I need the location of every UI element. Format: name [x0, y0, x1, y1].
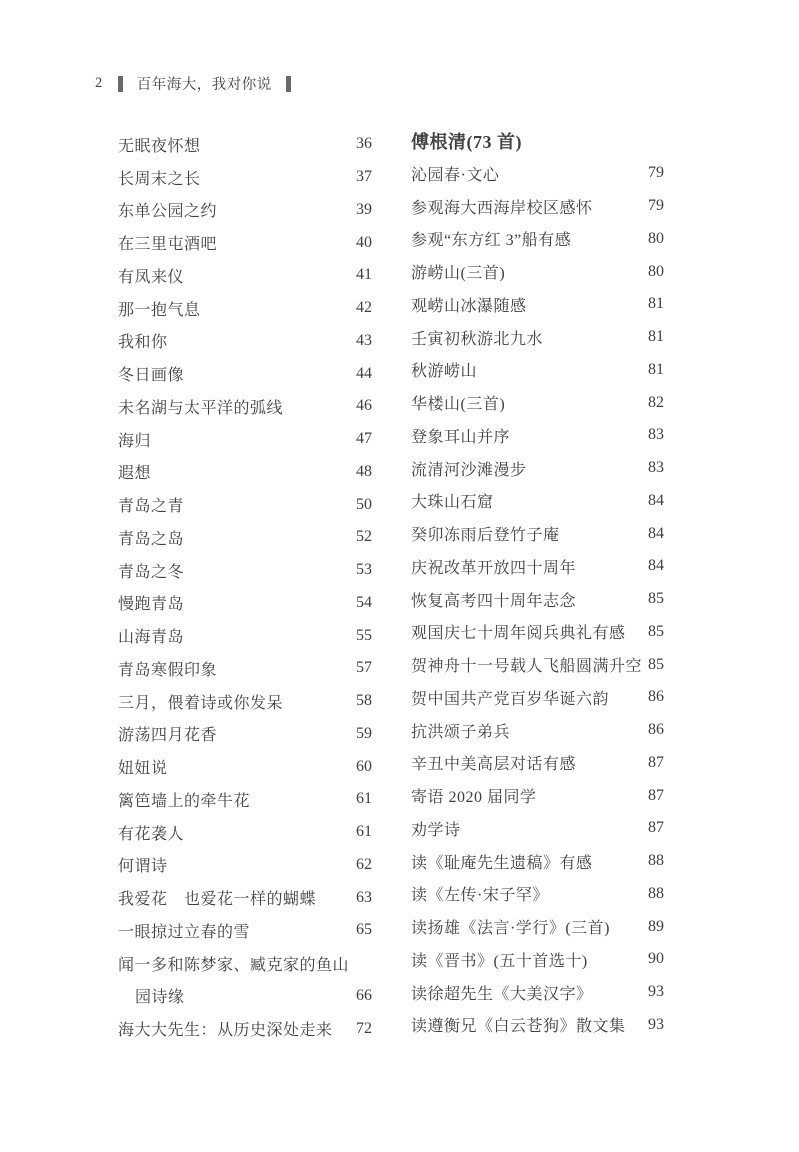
toc-entry-title: 三月，偎着诗或你发呆 [118, 690, 283, 713]
toc-entry-page-number: 81 [648, 295, 664, 313]
toc-entry-page-number: 66 [356, 987, 372, 1005]
toc-entry-title: 读《耻庵先生遗稿》有感 [411, 850, 593, 873]
toc-entry-page-number: 61 [356, 790, 372, 808]
toc-entry-page-number: 80 [648, 263, 664, 281]
toc-entry: 有凤来仪 41 [118, 259, 372, 292]
toc-entry-page-number: 88 [648, 852, 664, 870]
toc-entry-title: 贺神舟十一号载人飞船圆满升空 [411, 653, 642, 676]
toc-entry-title: 东单公园之约 [118, 198, 217, 221]
toc-entry-title: 流清河沙滩漫步 [411, 457, 527, 480]
book-toc-page: 2 百年海大，我对你说 无眠夜怀想 36 长周末之长 37 东单公园之约 39 … [0, 0, 799, 1152]
toc-entry: 海大大先生：从历史深处走来 72 [118, 1012, 372, 1045]
toc-entry: 观崂山冰瀑随感 81 [411, 288, 664, 321]
toc-entry: 壬寅初秋游北九水 81 [411, 321, 664, 354]
toc-entry-page-number: 85 [648, 623, 664, 641]
toc-entry-title: 沁园春·文心 [411, 162, 499, 185]
toc-entry: 我爱花 也爱花一样的蝴蝶 63 [118, 881, 372, 914]
toc-entry: 读遵衡兄《白云苍狗》散文集 93 [411, 1009, 664, 1042]
toc-entry-page-number: 46 [356, 397, 372, 415]
toc-entry-title: 游崂山(三首) [411, 260, 505, 283]
toc-entry: 流清河沙滩漫步 83 [411, 452, 664, 485]
toc-entry: 冬日画像 44 [118, 357, 372, 390]
toc-entry-title: 恢复高考四十周年志念 [411, 588, 576, 611]
toc-entry-title: 登象耳山并序 [411, 424, 510, 447]
running-header: 2 百年海大，我对你说 [95, 73, 291, 94]
toc-entry: 癸卯冻雨后登竹子庵 84 [411, 517, 664, 550]
toc-entry-title: 青岛之冬 [118, 559, 184, 582]
toc-entry-page-number: 83 [648, 426, 664, 444]
toc-entry-page-number: 60 [356, 758, 372, 776]
toc-entry-page-number: 80 [648, 230, 664, 248]
toc-entry-page-number: 87 [648, 819, 664, 837]
toc-entry: 我和你 43 [118, 325, 372, 358]
toc-entry-title: 慢跑青岛 [118, 591, 184, 614]
toc-entry-title: 华楼山(三首) [411, 391, 505, 414]
toc-entry: 无眠夜怀想 36 [118, 128, 372, 161]
toc-right-column: 傅根清(73 首) 沁园春·文心 79 参观海大西海岸校区感怀 79 参观“东方… [411, 124, 664, 1041]
toc-entry-title: 寄语 2020 届同学 [411, 784, 537, 807]
toc-entry-title: 读遵衡兄《白云苍狗》散文集 [411, 1013, 626, 1036]
header-bar-right-icon [286, 76, 291, 92]
toc-entry: 恢复高考四十周年志念 85 [411, 583, 664, 616]
toc-entry-page-number: 88 [648, 885, 664, 903]
toc-entry-title: 篱笆墙上的牵牛花 [118, 788, 250, 811]
toc-left-column: 无眠夜怀想 36 长周末之长 37 东单公园之约 39 在三里屯酒吧 40 有凤… [118, 128, 372, 1045]
toc-entry: 抗洪颂子弟兵 86 [411, 714, 664, 747]
toc-entry-title: 读《左传·宋子罕》 [411, 882, 549, 905]
toc-entry: 青岛之冬 53 [118, 554, 372, 587]
toc-entry-page-number: 82 [648, 394, 664, 412]
toc-entry-page-number: 84 [648, 525, 664, 543]
toc-entry-page-number: 63 [356, 889, 372, 907]
toc-entry-page-number: 65 [356, 921, 372, 939]
toc-entry: 读扬雄《法言·学行》(三首) 89 [411, 910, 664, 943]
toc-entry-title: 读《晋书》(五十首选十) [411, 948, 588, 971]
toc-entry-title: 在三里屯酒吧 [118, 231, 217, 254]
toc-entry: 慢跑青岛 54 [118, 587, 372, 620]
toc-entry-page-number: 48 [356, 463, 372, 481]
toc-entry-page-number: 44 [356, 365, 372, 383]
toc-entry-title: 辛丑中美高层对话有感 [411, 751, 576, 774]
toc-entry-page-number: 87 [648, 787, 664, 805]
toc-entry-page-number: 83 [648, 459, 664, 477]
toc-entry: 有花袭人 61 [118, 816, 372, 849]
section-author-heading: 傅根清(73 首) [411, 124, 664, 157]
toc-entry-title: 大珠山石窟 [411, 489, 494, 512]
toc-entry: 东单公园之约 39 [118, 194, 372, 227]
toc-entry-page-number: 90 [648, 950, 664, 968]
toc-entry-title: 劝学诗 [411, 817, 461, 840]
toc-entry: 劝学诗 87 [411, 812, 664, 845]
toc-entry: 青岛之青 50 [118, 488, 372, 521]
toc-entry: 大珠山石窟 84 [411, 485, 664, 518]
toc-entry: 那一抱气息 42 [118, 292, 372, 325]
toc-entry-title: 庆祝改革开放四十周年 [411, 555, 576, 578]
toc-entry-page-number: 61 [356, 823, 372, 841]
toc-entry-title: 何谓诗 [118, 853, 168, 876]
toc-entry-page-number: 58 [356, 692, 372, 710]
toc-entry: 三月，偎着诗或你发呆 58 [118, 685, 372, 718]
toc-entry-title: 青岛寒假印象 [118, 657, 217, 680]
toc-entry-title: 青岛之岛 [118, 526, 184, 549]
toc-entry: 篱笆墙上的牵牛花 61 [118, 783, 372, 816]
toc-entry: 未名湖与太平洋的弧线 46 [118, 390, 372, 423]
toc-entry: 读《耻庵先生遗稿》有感 88 [411, 845, 664, 878]
toc-entry-title: 有凤来仪 [118, 264, 184, 287]
toc-entry: 在三里屯酒吧 40 [118, 226, 372, 259]
toc-entry-page-number: 59 [356, 725, 372, 743]
toc-entry-title: 长周末之长 [118, 166, 201, 189]
toc-entry: 读《晋书》(五十首选十) 90 [411, 943, 664, 976]
toc-entry-page-number: 47 [356, 430, 372, 448]
toc-right-entries: 沁园春·文心 79 参观海大西海岸校区感怀 79 参观“东方红 3”船有感 80… [411, 157, 664, 1041]
toc-entry: 游荡四月花香 59 [118, 718, 372, 751]
toc-entry-title: 妞妞说 [118, 755, 168, 778]
toc-entry-page-number: 72 [356, 1020, 372, 1038]
toc-entry-title: 一眼掠过立春的雪 [118, 919, 250, 942]
toc-entry: 参观“东方红 3”船有感 80 [411, 223, 664, 256]
toc-entry: 参观海大西海岸校区感怀 79 [411, 190, 664, 223]
toc-entry-page-number: 81 [648, 361, 664, 379]
toc-entry-title: 抗洪颂子弟兵 [411, 719, 510, 742]
toc-entry-page-number: 86 [648, 688, 664, 706]
toc-entry: 青岛之岛 52 [118, 521, 372, 554]
toc-entry: 寄语 2020 届同学 87 [411, 779, 664, 812]
toc-entry-page-number: 84 [648, 492, 664, 510]
toc-entry: 观国庆七十周年阅兵典礼有感 85 [411, 616, 664, 649]
toc-entry-title: 海大大先生：从历史深处走来 [118, 1017, 333, 1040]
toc-entry-title: 壬寅初秋游北九水 [411, 326, 543, 349]
toc-entry-page-number: 89 [648, 918, 664, 936]
toc-entry-page-number: 42 [356, 299, 372, 317]
toc-entry: 读《左传·宋子罕》 88 [411, 878, 664, 911]
toc-entry-title: 无眠夜怀想 [118, 133, 201, 156]
toc-entry-page-number: 43 [356, 332, 372, 350]
toc-entry-title: 闻一多和陈梦家、臧克家的鱼山 [118, 952, 349, 975]
toc-entry-page-number: 54 [356, 594, 372, 612]
toc-entry-page-number: 53 [356, 561, 372, 579]
toc-entry-page-number: 93 [648, 983, 664, 1001]
toc-entry-page-number: 85 [648, 656, 664, 674]
toc-entry: 辛丑中美高层对话有感 87 [411, 747, 664, 780]
toc-entry: 游崂山(三首) 80 [411, 255, 664, 288]
toc-entry-title: 遐想 [118, 460, 151, 483]
toc-entry-page-number: 57 [356, 659, 372, 677]
toc-entry-page-number: 62 [356, 856, 372, 874]
toc-entry-page-number: 86 [648, 721, 664, 739]
toc-entry-page-number: 55 [356, 627, 372, 645]
toc-entry: 妞妞说 60 [118, 750, 372, 783]
toc-entry-title: 海归 [118, 428, 151, 451]
header-bar-left-icon [118, 76, 123, 92]
toc-entry-page-number: 36 [356, 135, 372, 153]
toc-entry: 读徐超先生《大美汉字》 93 [411, 976, 664, 1009]
toc-entry: 长周末之长 37 [118, 161, 372, 194]
toc-entry: 庆祝改革开放四十周年 84 [411, 550, 664, 583]
toc-entry-title: 秋游崂山 [411, 358, 477, 381]
toc-entry-title: 读徐超先生《大美汉字》 [411, 981, 593, 1004]
toc-entry-title: 读扬雄《法言·学行》(三首) [411, 915, 610, 938]
toc-entry-page-number: 85 [648, 590, 664, 608]
toc-entry: 山海青岛 55 [118, 619, 372, 652]
toc-entry: 海归 47 [118, 423, 372, 456]
toc-entry: 闻一多和陈梦家、臧克家的鱼山 [118, 947, 372, 980]
toc-entry-page-number: 40 [356, 234, 372, 252]
toc-entry: 华楼山(三首) 82 [411, 386, 664, 419]
toc-entry-title: 参观“东方红 3”船有感 [411, 227, 571, 250]
toc-entry: 沁园春·文心 79 [411, 157, 664, 190]
toc-entry: 青岛寒假印象 57 [118, 652, 372, 685]
toc-entry-title: 参观海大西海岸校区感怀 [411, 195, 593, 218]
toc-entry-title: 冬日画像 [118, 362, 184, 385]
toc-entry: 一眼掠过立春的雪 65 [118, 914, 372, 947]
toc-entry-title: 青岛之青 [118, 493, 184, 516]
toc-entry-page-number: 84 [648, 557, 664, 575]
toc-entry-page-number: 39 [356, 201, 372, 219]
toc-entry-page-number: 37 [356, 168, 372, 186]
toc-entry: 登象耳山并序 83 [411, 419, 664, 452]
toc-entry-title: 有花袭人 [118, 821, 184, 844]
toc-entry-title: 我和你 [118, 329, 168, 352]
toc-entry-page-number: 93 [648, 1016, 664, 1034]
toc-entry: 贺中国共产党百岁华诞六韵 86 [411, 681, 664, 714]
toc-entry-title: 未名湖与太平洋的弧线 [118, 395, 283, 418]
toc-entry: 园诗缘 66 [118, 980, 372, 1013]
toc-entry-title: 贺中国共产党百岁华诞六韵 [411, 686, 609, 709]
toc-entry-page-number: 81 [648, 328, 664, 346]
toc-entry-page-number: 79 [648, 197, 664, 215]
toc-entry: 贺神舟十一号载人飞船圆满升空 85 [411, 648, 664, 681]
toc-entry-title: 那一抱气息 [118, 297, 201, 320]
toc-entry: 遐想 48 [118, 456, 372, 489]
toc-entry: 秋游崂山 81 [411, 354, 664, 387]
toc-entry-title: 癸卯冻雨后登竹子庵 [411, 522, 560, 545]
toc-entry-title: 山海青岛 [118, 624, 184, 647]
book-title: 百年海大，我对你说 [137, 73, 272, 94]
toc-entry-title: 园诗缘 [118, 984, 185, 1007]
toc-entry-page-number: 41 [356, 266, 372, 284]
toc-entry: 何谓诗 62 [118, 849, 372, 882]
toc-entry-page-number: 50 [356, 496, 372, 514]
toc-entry-page-number: 87 [648, 754, 664, 772]
toc-entry-title: 观国庆七十周年阅兵典礼有感 [411, 620, 626, 643]
toc-entry-title: 游荡四月花香 [118, 722, 217, 745]
toc-entry-title: 我爱花 也爱花一样的蝴蝶 [118, 886, 316, 909]
toc-entry-page-number: 79 [648, 164, 664, 182]
page-number: 2 [95, 75, 103, 92]
toc-entry-page-number: 52 [356, 528, 372, 546]
toc-entry-title: 观崂山冰瀑随感 [411, 293, 527, 316]
